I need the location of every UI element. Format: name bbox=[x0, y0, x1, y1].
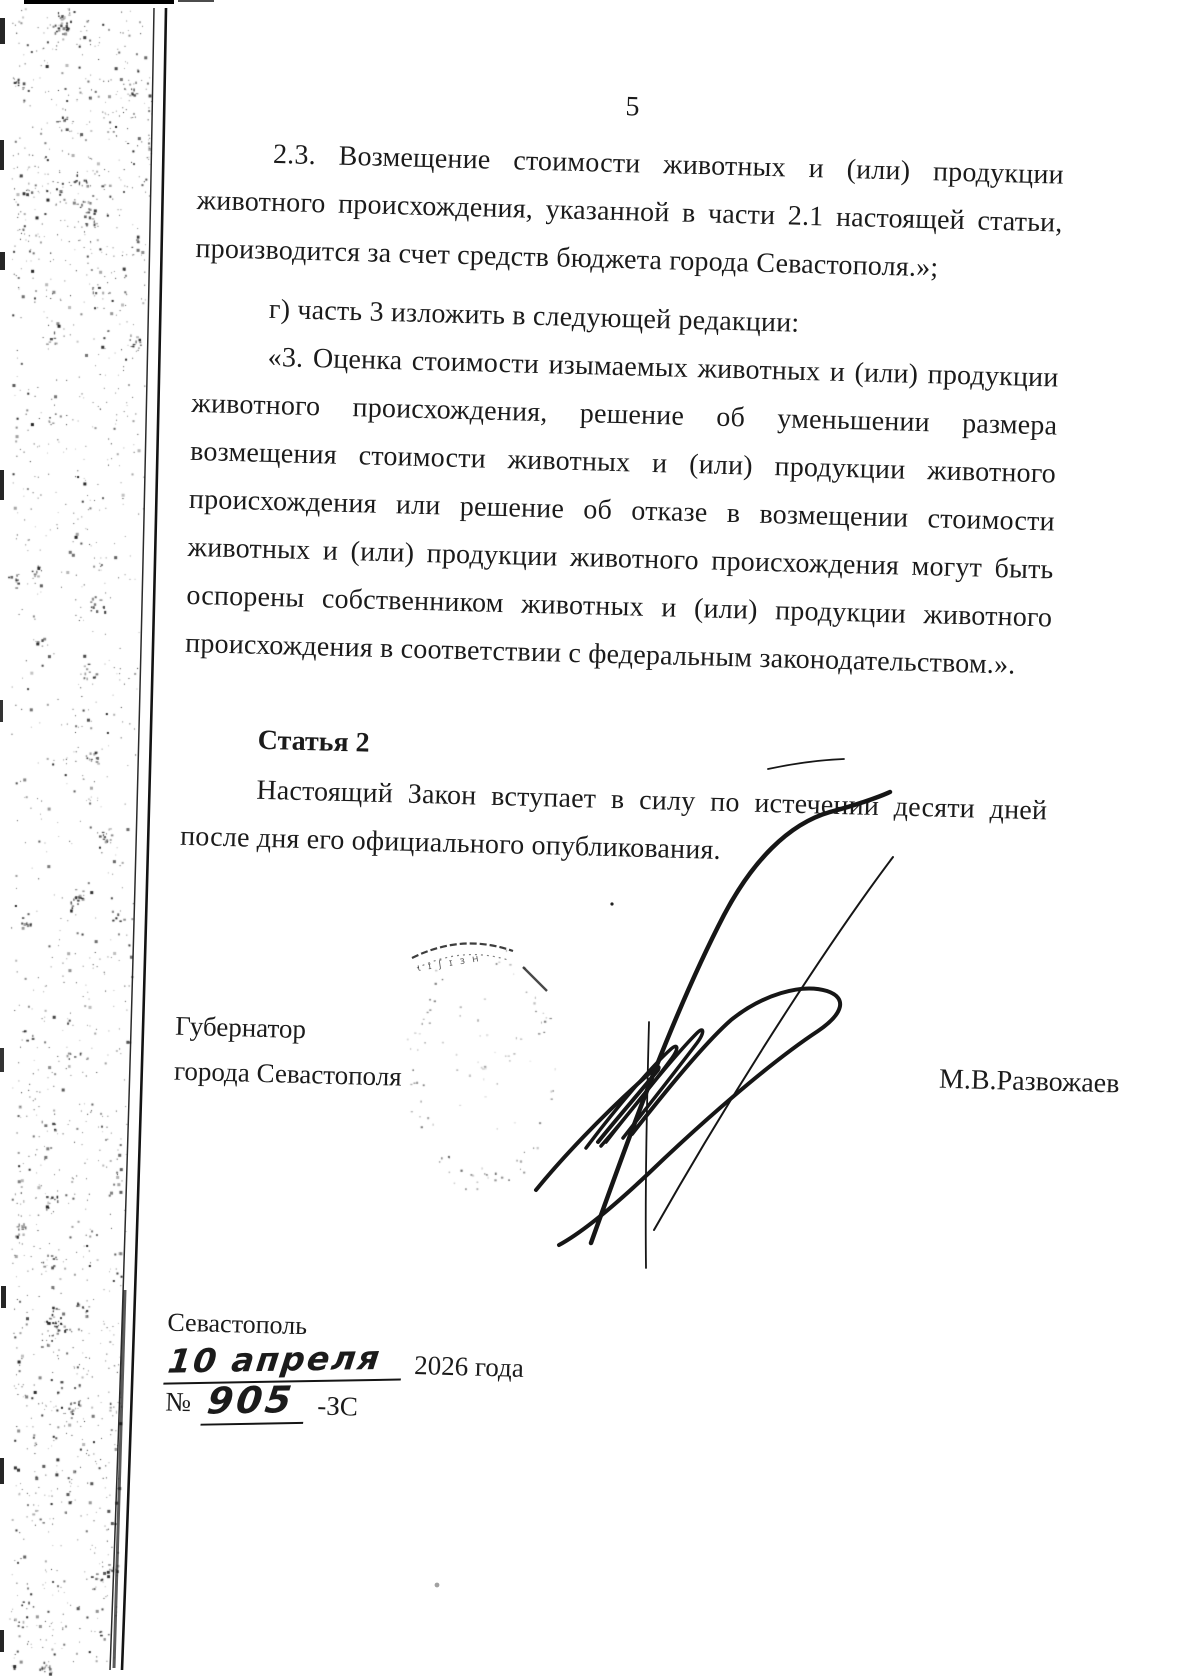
stamp-illegible-text: ɩ ɪ ʃ ɪ ɜ ʜ bbox=[417, 953, 482, 974]
document-content: 5 2.3. Возмещение стоимости животных и (… bbox=[185, 80, 1066, 690]
footer-block: Севастополь 10 апреля 2026 года № 905 -З… bbox=[165, 1308, 525, 1432]
paragraph-3-quote: «3. Оценка стоимости изымаемых животных … bbox=[185, 332, 1059, 691]
article-2-block: Статья 2 Настоящий Закон вступает в силу… bbox=[180, 715, 1050, 884]
signer-role: Губернатор города Севастополя bbox=[173, 1004, 403, 1100]
stamp-diagonal-mark bbox=[523, 967, 547, 991]
signature-stroke-loop1 bbox=[586, 1046, 677, 1148]
scan-edge-line-inner bbox=[110, 8, 154, 1670]
scan-edge-lines bbox=[110, 8, 166, 1670]
scan-edge-line-outer bbox=[122, 8, 166, 1670]
signer-role-line2: города Севастополя bbox=[173, 1049, 402, 1100]
paragraph-2-3: 2.3. Возмещение стоимости животных и (ил… bbox=[195, 129, 1064, 296]
signature-stroke-thin-diagonal bbox=[654, 857, 893, 1230]
page-number: 5 bbox=[199, 80, 1066, 135]
date-year: 2026 года bbox=[414, 1350, 524, 1384]
doc-number-prefix: № bbox=[165, 1386, 192, 1418]
doc-number-value: 905 bbox=[200, 1381, 308, 1425]
signature-stroke-vertical bbox=[646, 1022, 649, 1268]
signer-role-line1: Губернатор bbox=[175, 1004, 404, 1055]
article-2-body: Настоящий Закон вступает в силу по истеч… bbox=[180, 765, 1048, 884]
signature-stroke-big-loop bbox=[559, 989, 840, 1245]
doc-number-suffix: -ЗС bbox=[317, 1390, 358, 1422]
scanned-document-page: 5 2.3. Возмещение стоимости животных и (… bbox=[0, 0, 1200, 1676]
signer-name: М.В.Развожаев bbox=[939, 1064, 1120, 1101]
signature-stroke-loop2 bbox=[606, 1030, 703, 1142]
speck-dot-bottom bbox=[435, 1583, 440, 1588]
scan-edge-line-bottom bbox=[114, 1290, 125, 1668]
speck-dot bbox=[610, 902, 613, 905]
footer-number-row: № 905 -ЗС bbox=[165, 1379, 523, 1431]
signature-stroke-left-tail bbox=[536, 1067, 659, 1190]
